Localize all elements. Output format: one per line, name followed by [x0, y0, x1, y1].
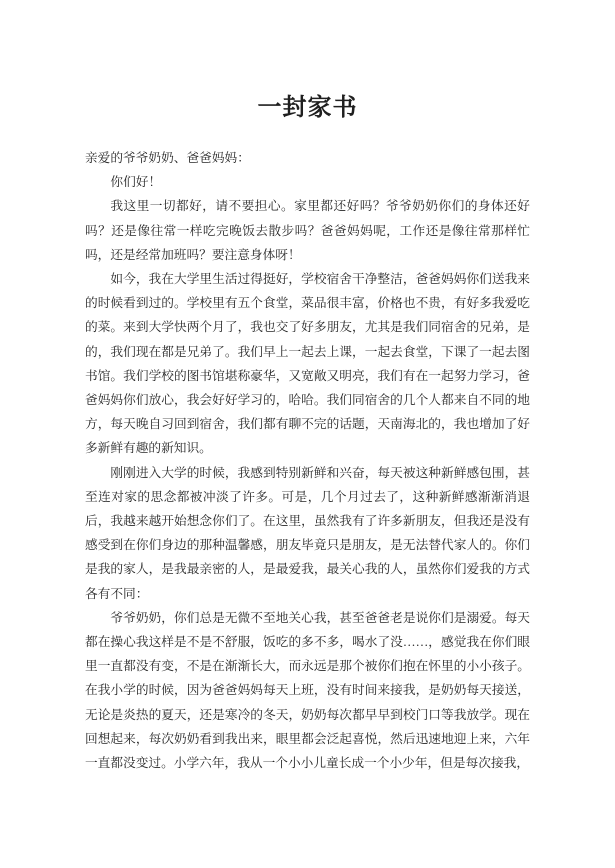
letter-paragraph-wellbeing: 我这里一切都好，请不要担心。家里都还好吗？爷爷奶奶你们的身体还好吗？还是像往常一… [85, 194, 530, 267]
letter-paragraph-grandparents: 爷爷奶奶，你们总是无微不至地关心我，甚至爸爸老是说你们是溺爱。每天都在操心我这样… [85, 606, 530, 775]
letter-greeting: 你们好！ [85, 170, 530, 194]
letter-paragraph-campus-life: 如今，我在大学里生活过得挺好，学校宿舍干净整洁，爸爸妈妈你们送我来的时候看到过的… [85, 267, 530, 461]
document-title: 一封家书 [0, 94, 615, 122]
letter-body: 亲爱的爷爷奶奶、爸爸妈妈： 你们好！ 我这里一切都好，请不要担心。家里都还好吗？… [85, 146, 530, 775]
letter-salutation: 亲爱的爷爷奶奶、爸爸妈妈： [85, 146, 530, 170]
document-page: 一封家书 亲爱的爷爷奶奶、爸爸妈妈： 你们好！ 我这里一切都好，请不要担心。家里… [0, 0, 615, 868]
letter-paragraph-homesick: 刚刚进入大学的时候，我感到特别新鲜和兴奋，每天被这种新鲜感包围，甚至连对家的思念… [85, 461, 530, 606]
